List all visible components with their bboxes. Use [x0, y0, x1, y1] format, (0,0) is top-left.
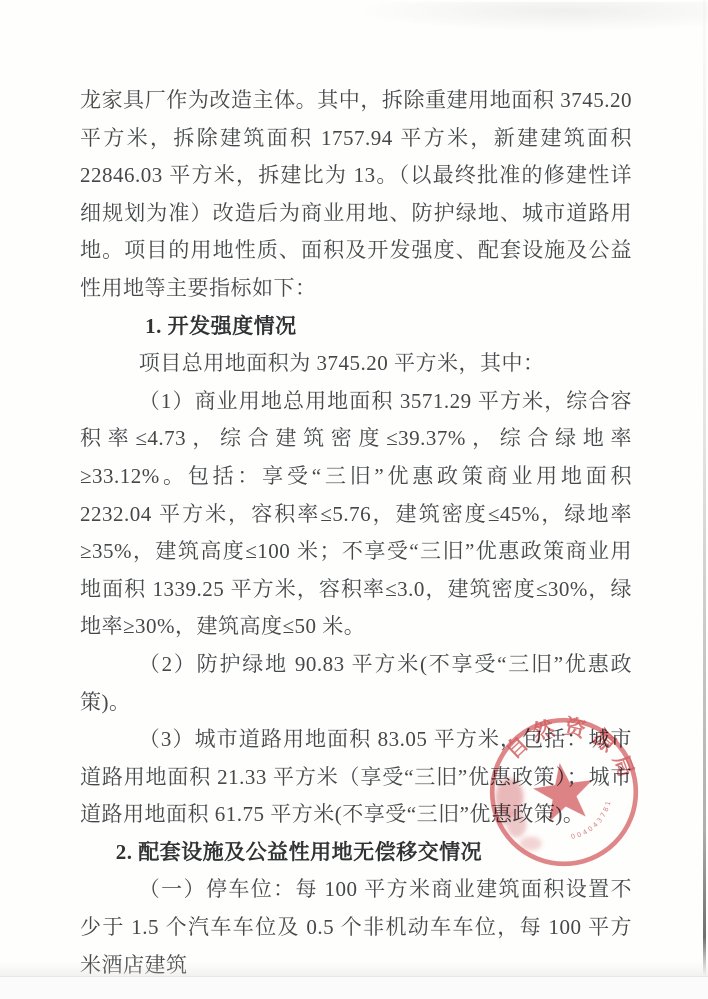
paragraph-protective-greenbelt: （2）防护绿地 90.83 平方米(不享受“三旧”优惠政策)。: [80, 646, 632, 721]
page-edge-shadow: [703, 0, 706, 976]
paragraph-continued-from-previous-page: 龙家具厂作为改造主体。其中，拆除重建用地面积 3745.20 平方米，拆除建筑面…: [80, 82, 632, 308]
scanned-document-page: 龙家具厂作为改造主体。其中，拆除重建用地面积 3745.20 平方米，拆除建筑面…: [0, 0, 708, 999]
paragraph-total-land-area: 项目总用地面积为 3745.20 平方米，其中：: [80, 345, 632, 383]
paragraph-parking-spaces: （一）停车位：每 100 平方米商业建筑面积设置不少于 1.5 个汽车车位及 0…: [80, 871, 632, 984]
paragraph-urban-road-land: （3）城市道路用地面积 83.05 平方米，包括：城市道路用地面积 21.33 …: [80, 721, 632, 834]
heading-development-intensity: 1. 开发强度情况: [80, 308, 632, 346]
heading-supporting-facilities: 2. 配套设施及公益性用地无偿移交情况: [80, 834, 632, 872]
paragraph-commercial-land: （1）商业用地总用地面积 3571.29 平方米，综合容积率≤4.73，综合建筑…: [80, 383, 632, 646]
document-body: 龙家具厂作为改造主体。其中，拆除重建用地面积 3745.20 平方米，拆除建筑面…: [80, 82, 632, 984]
scan-smudge-top: [354, 2, 708, 32]
